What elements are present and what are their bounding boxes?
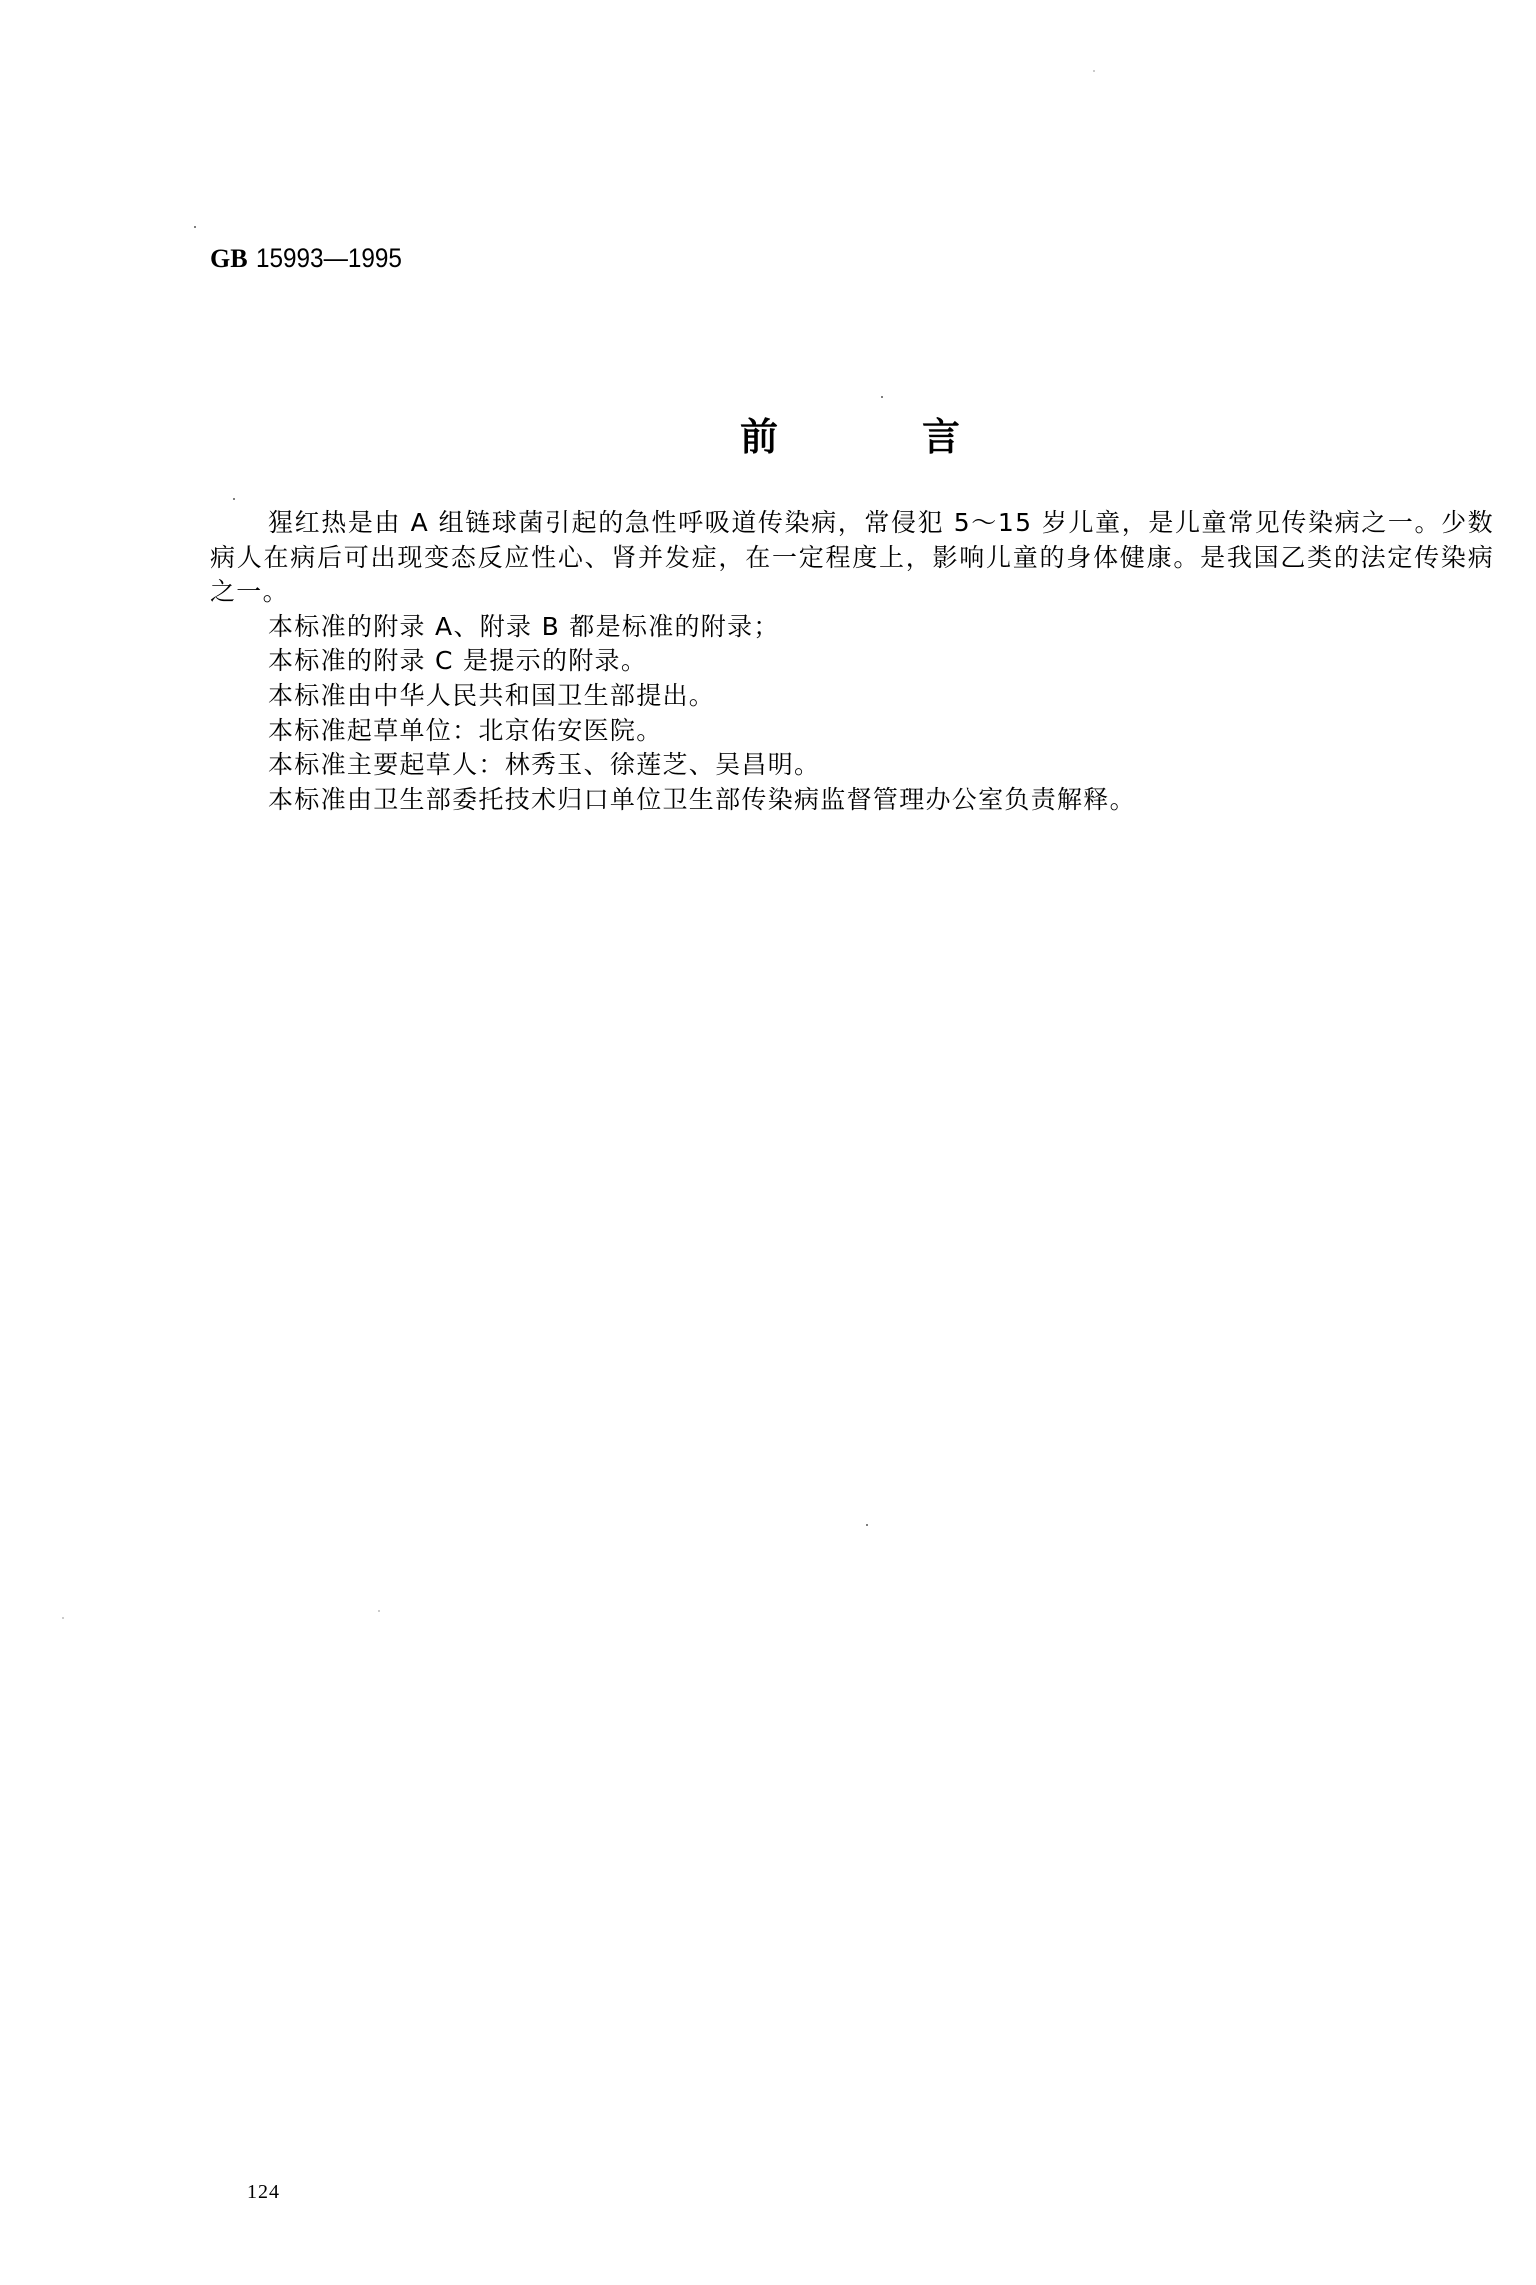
standard-number: 15993—1995 (256, 242, 402, 274)
scan-speck (881, 396, 883, 398)
paragraph-proposer: 本标准由中华人民共和国卫生部提出。 (210, 679, 1494, 714)
page-number: 124 (247, 2180, 280, 2204)
paragraph-drafting-unit: 本标准起草单位：北京佑安医院。 (210, 714, 1494, 749)
scan-speck (62, 1617, 64, 1619)
foreword-body: 猩红热是由 A 组链球菌引起的急性呼吸道传染病，常侵犯 5～15 岁儿童，是儿童… (210, 506, 1494, 817)
scan-speck (866, 1524, 868, 1526)
paragraph-drafters: 本标准主要起草人：林秀玉、徐莲芝、吴昌明。 (210, 748, 1494, 783)
paragraph-appendix-c: 本标准的附录 C 是提示的附录。 (210, 644, 1494, 679)
standard-header: GB15993—1995 (210, 242, 418, 275)
scan-speck (378, 1610, 380, 1612)
scan-speck (194, 226, 196, 228)
title-char-2: 言 (922, 414, 960, 460)
document-page: GB15993—1995 前 言 猩红热是由 A 组链球菌引起的急性呼吸道传染病… (0, 0, 1536, 2285)
paragraph-intro: 猩红热是由 A 组链球菌引起的急性呼吸道传染病，常侵犯 5～15 岁儿童，是儿童… (210, 506, 1494, 610)
title-char-1: 前 (740, 414, 778, 460)
section-title-foreword: 前 言 (740, 414, 960, 460)
scan-speck (1093, 70, 1095, 72)
scan-speck (233, 498, 235, 500)
paragraph-interpretation: 本标准由卫生部委托技术归口单位卫生部传染病监督管理办公室负责解释。 (210, 783, 1494, 818)
standard-code-prefix: GB (210, 244, 248, 273)
paragraph-appendix-ab: 本标准的附录 A、附录 B 都是标准的附录； (210, 610, 1494, 645)
